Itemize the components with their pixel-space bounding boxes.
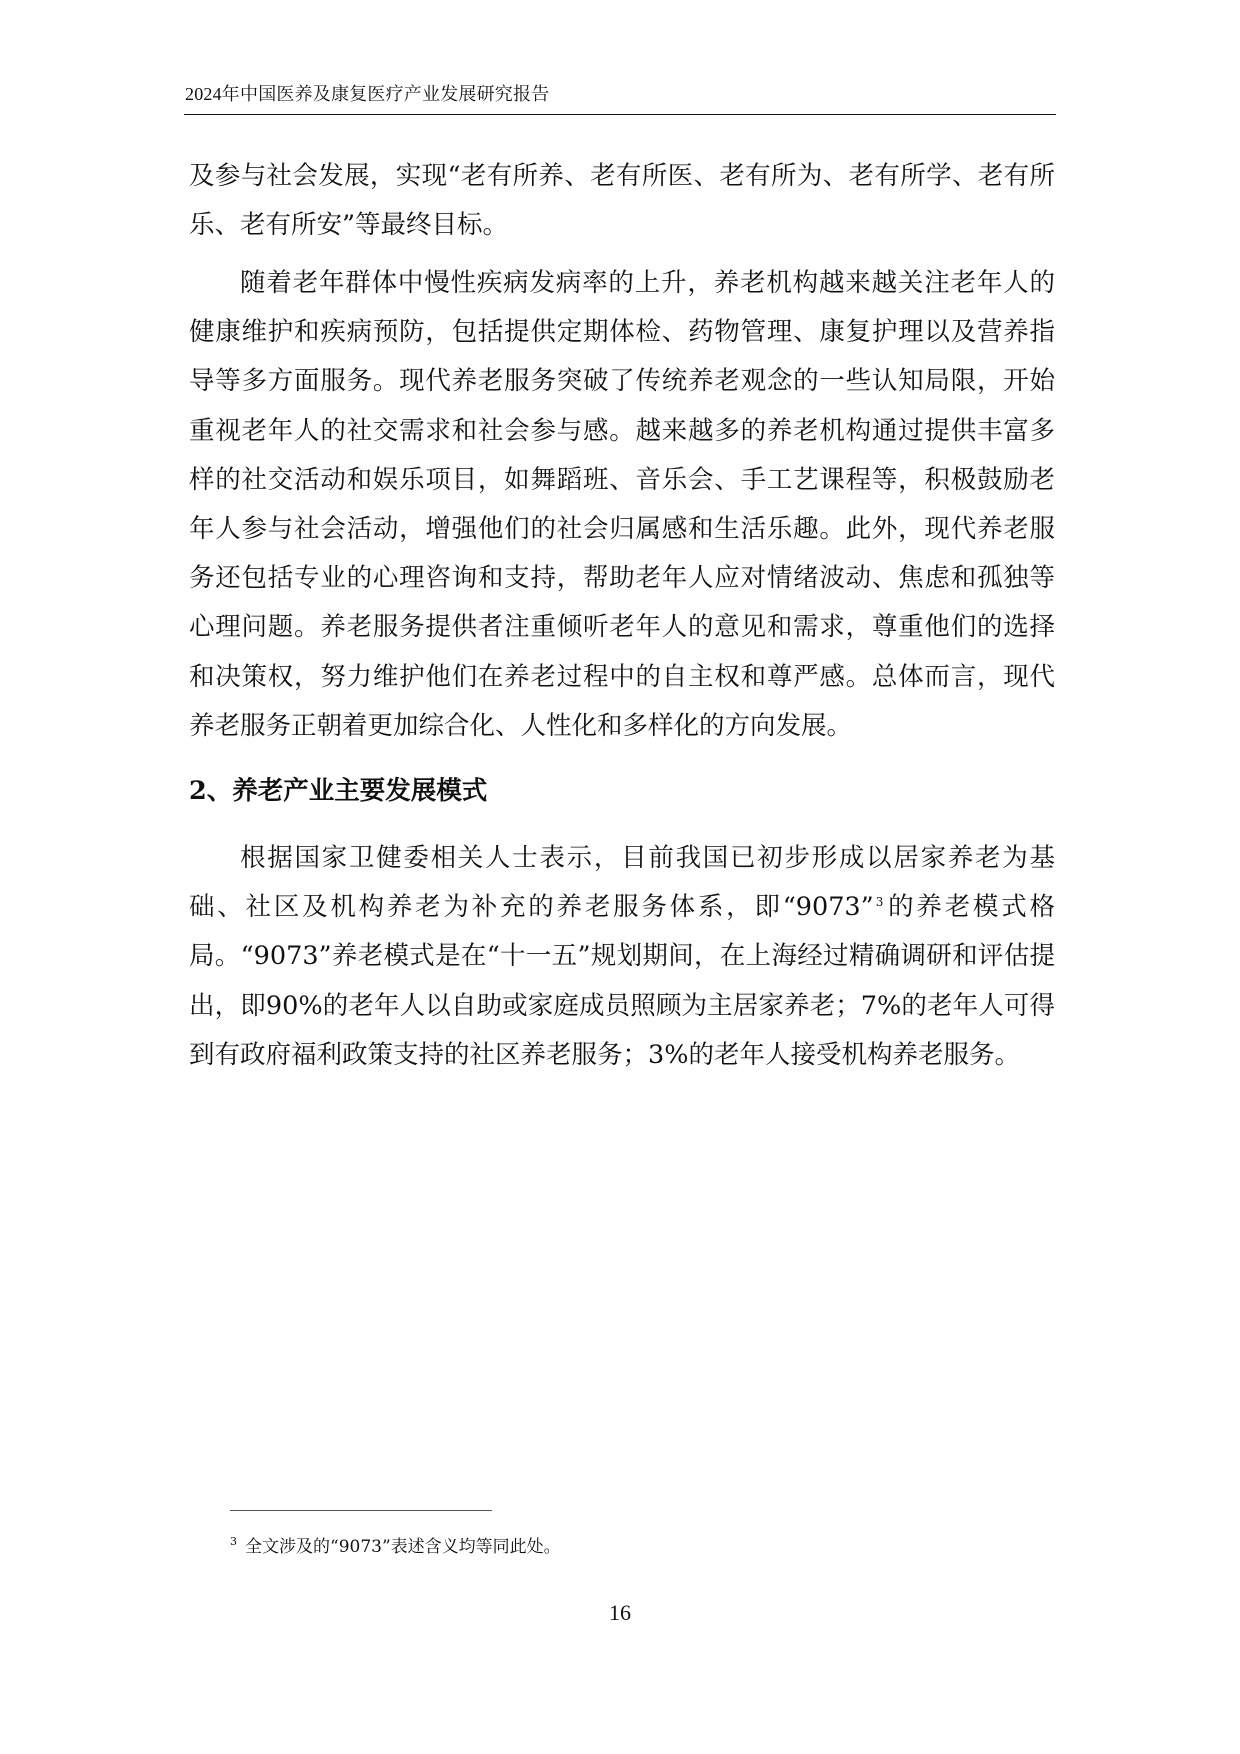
footnote-divider	[230, 1510, 492, 1511]
paragraph-3: 根据国家卫健委相关人士表示，目前我国已初步形成以居家养老为基础、社区及机构养老为…	[189, 834, 1055, 1080]
footnote-reference[interactable]: 3	[876, 895, 884, 909]
paragraph-3-text: 根据国家卫健委相关人士表示，目前我国已初步形成以居家养老为基础、社区及机构养老为…	[189, 834, 1055, 1080]
page-number: 16	[0, 1598, 1240, 1628]
section-heading: 2、养老产业主要发展模式	[189, 767, 487, 816]
paragraph-1-text: 及参与社会发展，实现“老有所养、老有所医、老有所为、老有所学、老有所乐、老有所安…	[189, 152, 1055, 250]
paragraph-2-text: 随着老年群体中慢性疾病发病率的上升，养老机构越来越关注老年人的健康维护和疾病预防…	[189, 259, 1055, 751]
footnote-number: 3	[230, 1535, 237, 1548]
paragraph-1: 及参与社会发展，实现“老有所养、老有所医、老有所为、老有所学、老有所乐、老有所安…	[189, 152, 1055, 250]
paragraph-2: 随着老年群体中慢性疾病发病率的上升，养老机构越来越关注老年人的健康维护和疾病预防…	[189, 259, 1055, 751]
header-divider	[184, 114, 1056, 115]
footnote-text: 全文涉及的“9073”表述含义均等同此处。	[245, 1537, 561, 1557]
running-header-title: 2024年中国医养及康复医疗产业发展研究报告	[185, 82, 549, 106]
footnote-3: 3全文涉及的“9073”表述含义均等同此处。	[230, 1534, 561, 1560]
